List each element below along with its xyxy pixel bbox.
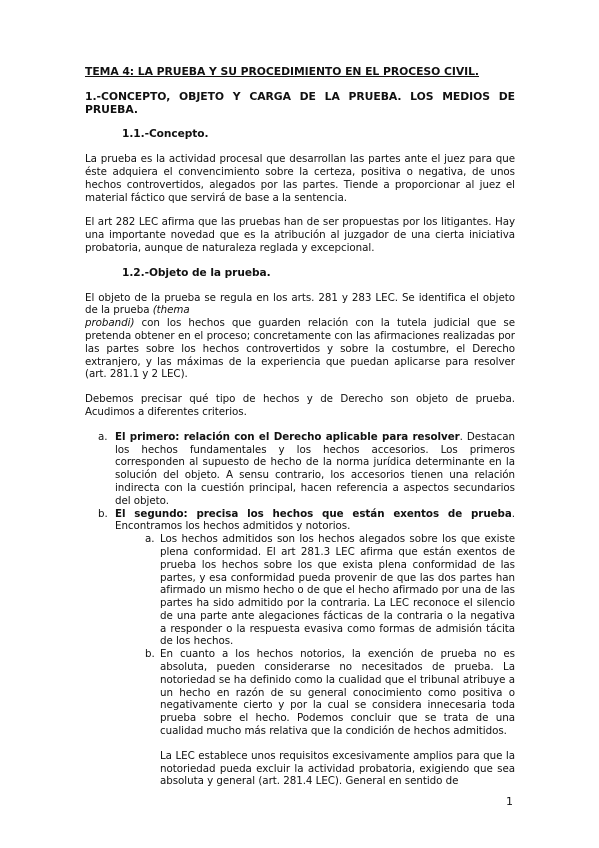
sublist-item-notorios-text: En cuanto a los hechos notorios, la exen… (160, 648, 515, 738)
section-1-2-heading: 1.2.-Objeto de la prueba. (122, 267, 515, 280)
paragraph-concepto-2: El art 282 LEC afirma que las pruebas ha… (85, 216, 515, 254)
list-marker-a: a. (98, 431, 107, 444)
list-item-primero: a. El primero: relación con el Derecho a… (85, 431, 515, 508)
paragraph-requisitos-notoriedad: La LEC establece unos requisitos excesiv… (160, 750, 515, 788)
list-item-segundo-text: El segundo: precisa los hechos que están… (115, 508, 515, 534)
document-title: TEMA 4: LA PRUEBA Y SU PROCEDIMIENTO EN … (85, 66, 515, 79)
list-marker-b: b. (98, 508, 108, 521)
paragraph-objeto-1: El objeto de la prueba se regula en los … (85, 292, 515, 382)
list-item-segundo: b. El segundo: precisa los hechos que es… (85, 508, 515, 534)
section-1-heading: 1.-CONCEPTO, OBJETO Y CARGA DE LA PRUEBA… (85, 91, 515, 117)
sublist-marker-a: a. (145, 533, 154, 546)
section-1-1-heading: 1.1.-Concepto. (122, 128, 515, 141)
sublist-item-notorios: b. En cuanto a los hechos notorios, la e… (85, 648, 515, 738)
paragraph-concepto-1: La prueba es la actividad procesal que d… (85, 153, 515, 204)
sublist-marker-b: b. (145, 648, 155, 661)
document-page: TEMA 4: LA PRUEBA Y SU PROCEDIMIENTO EN … (0, 0, 599, 848)
sublist-item-admitidos: a. Los hechos admitidos son los hechos a… (85, 533, 515, 648)
list-item-primero-text: El primero: relación con el Derecho apli… (115, 431, 515, 508)
sublist-item-admitidos-text: Los hechos admitidos son los hechos aleg… (160, 533, 515, 648)
paragraph-objeto-2: Debemos precisar qué tipo de hechos y de… (85, 393, 515, 419)
page-number: 1 (506, 796, 513, 809)
